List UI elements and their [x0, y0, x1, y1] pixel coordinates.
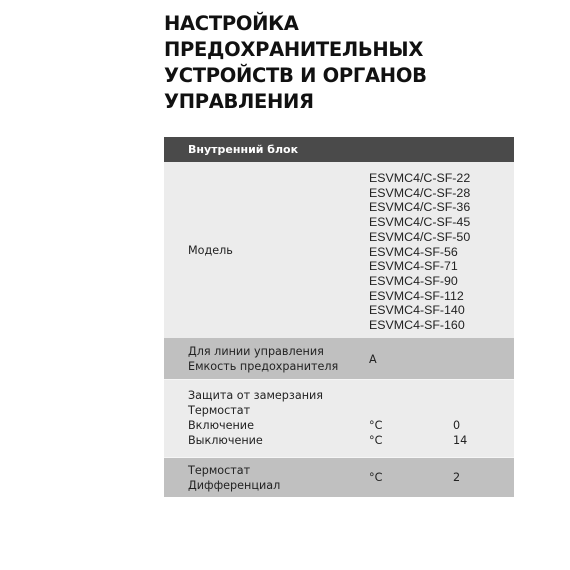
freeze-label: Защита от замерзания Термостат Включение… [188, 388, 323, 448]
label-line: Дифференциал [188, 478, 280, 493]
title-line: УСТРОЙСТВ И ОРГАНОВ [164, 63, 504, 89]
model-item: ESVMC4-SF-112 [369, 289, 470, 304]
freeze-values: 0 14 [453, 418, 467, 448]
spec-table: Внутренний блок Модель ESVMC4/C-SF-22 ES… [164, 137, 514, 497]
model-label: Модель [188, 243, 233, 258]
table-header: Внутренний блок [164, 137, 514, 162]
label-line: Для линии управления [188, 344, 338, 359]
table-row-freeze-protection: Защита от замерзания Термостат Включение… [164, 380, 514, 457]
label-line: Термостат [188, 463, 280, 478]
label-line: Защита от замерзания [188, 388, 323, 403]
model-item: ESVMC4/C-SF-36 [369, 200, 470, 215]
model-item: ESVMC4-SF-140 [369, 303, 470, 318]
table-row-model: Модель ESVMC4/C-SF-22 ESVMC4/C-SF-28 ESV… [164, 162, 514, 338]
unit-on: °C [369, 418, 382, 433]
value-off: 14 [453, 433, 467, 448]
model-item: ESVMC4-SF-160 [369, 318, 470, 333]
title-line: УПРАВЛЕНИЯ [164, 89, 504, 115]
model-item: ESVMC4/C-SF-45 [369, 215, 470, 230]
model-item: ESVMC4-SF-71 [369, 259, 470, 274]
label-line: Термостат [188, 403, 323, 418]
value-on: 0 [453, 418, 467, 433]
unit-off: °C [369, 433, 382, 448]
differential-label: Термостат Дифференциал [188, 463, 280, 493]
title-line: НАСТРОЙКА [164, 11, 504, 37]
label-line: Включение [188, 418, 323, 433]
fuse-label: Для линии управления Емкость предохранит… [188, 344, 338, 374]
model-item: ESVMC4/C-SF-22 [369, 171, 470, 186]
fuse-unit: A [369, 352, 377, 367]
model-item: ESVMC4-SF-90 [369, 274, 470, 289]
model-item: ESVMC4/C-SF-50 [369, 230, 470, 245]
table-row-differential: Термостат Дифференциал °C 2 [164, 458, 514, 497]
page-title: НАСТРОЙКА ПРЕДОХРАНИТЕЛЬНЫХ УСТРОЙСТВ И … [164, 11, 504, 115]
label-line: Выключение [188, 433, 323, 448]
model-list: ESVMC4/C-SF-22 ESVMC4/C-SF-28 ESVMC4/C-S… [369, 171, 470, 333]
freeze-units: °C °C [369, 418, 382, 448]
model-item: ESVMC4/C-SF-28 [369, 186, 470, 201]
label-line: Емкость предохранителя [188, 359, 338, 374]
differential-value: 2 [453, 470, 460, 485]
model-item: ESVMC4-SF-56 [369, 245, 470, 260]
title-line: ПРЕДОХРАНИТЕЛЬНЫХ [164, 37, 504, 63]
differential-unit: °C [369, 470, 382, 485]
table-row-fuse: Для линии управления Емкость предохранит… [164, 338, 514, 379]
